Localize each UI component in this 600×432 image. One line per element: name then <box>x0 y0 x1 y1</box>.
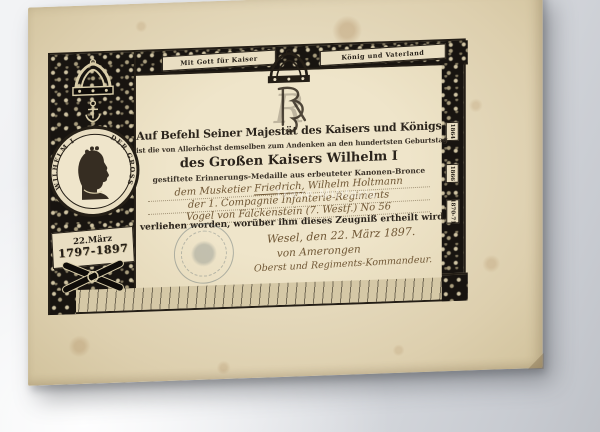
kaiser-medallion: WILHELM I. DER GROSSE. <box>48 124 140 219</box>
anchor-icon <box>83 99 103 124</box>
motto-ribbon-right: König und Vaterland <box>320 43 446 66</box>
war-year-label: 1866 <box>449 166 455 182</box>
engraved-frame: Mit Gott für Kaiser König und Vaterland … <box>48 38 466 315</box>
signature: von Amerongen <box>277 243 361 259</box>
crown-and-royal-cipher: R <box>249 47 329 142</box>
place-date-line: Wesel, den 22. März 1897. <box>267 225 416 246</box>
corner-crown-icon <box>64 56 122 100</box>
crossed-cannons-icon <box>52 260 134 293</box>
frame-left-band: WILHELM I. DER GROSSE. 22.März 1797-1897 <box>50 52 136 291</box>
certificate-paper: Mit Gott für Kaiser König und Vaterland … <box>28 0 543 386</box>
war-year-ribbon-1870-71: 1870-71 <box>446 199 459 223</box>
photo-backdrop: Mit Gott für Kaiser König und Vaterland … <box>0 0 600 432</box>
motto-right-label: König und Vaterland <box>341 48 424 61</box>
war-year-label: 1870-71 <box>450 199 456 224</box>
war-year-label: 1864 <box>449 124 455 140</box>
motto-left-label: Mit Gott für Kaiser <box>180 54 257 67</box>
cipher-letter: R <box>273 86 304 133</box>
jubilee-date-line2: 1797-1897 <box>58 242 129 261</box>
engraver-initials: E.D. <box>447 284 463 292</box>
war-year-ribbon-1866: 1866 <box>446 164 459 183</box>
certificate-field: R Auf Befehl Seiner Majestät des Kaisers… <box>136 65 442 288</box>
regiment-ink-stamp <box>174 223 234 285</box>
